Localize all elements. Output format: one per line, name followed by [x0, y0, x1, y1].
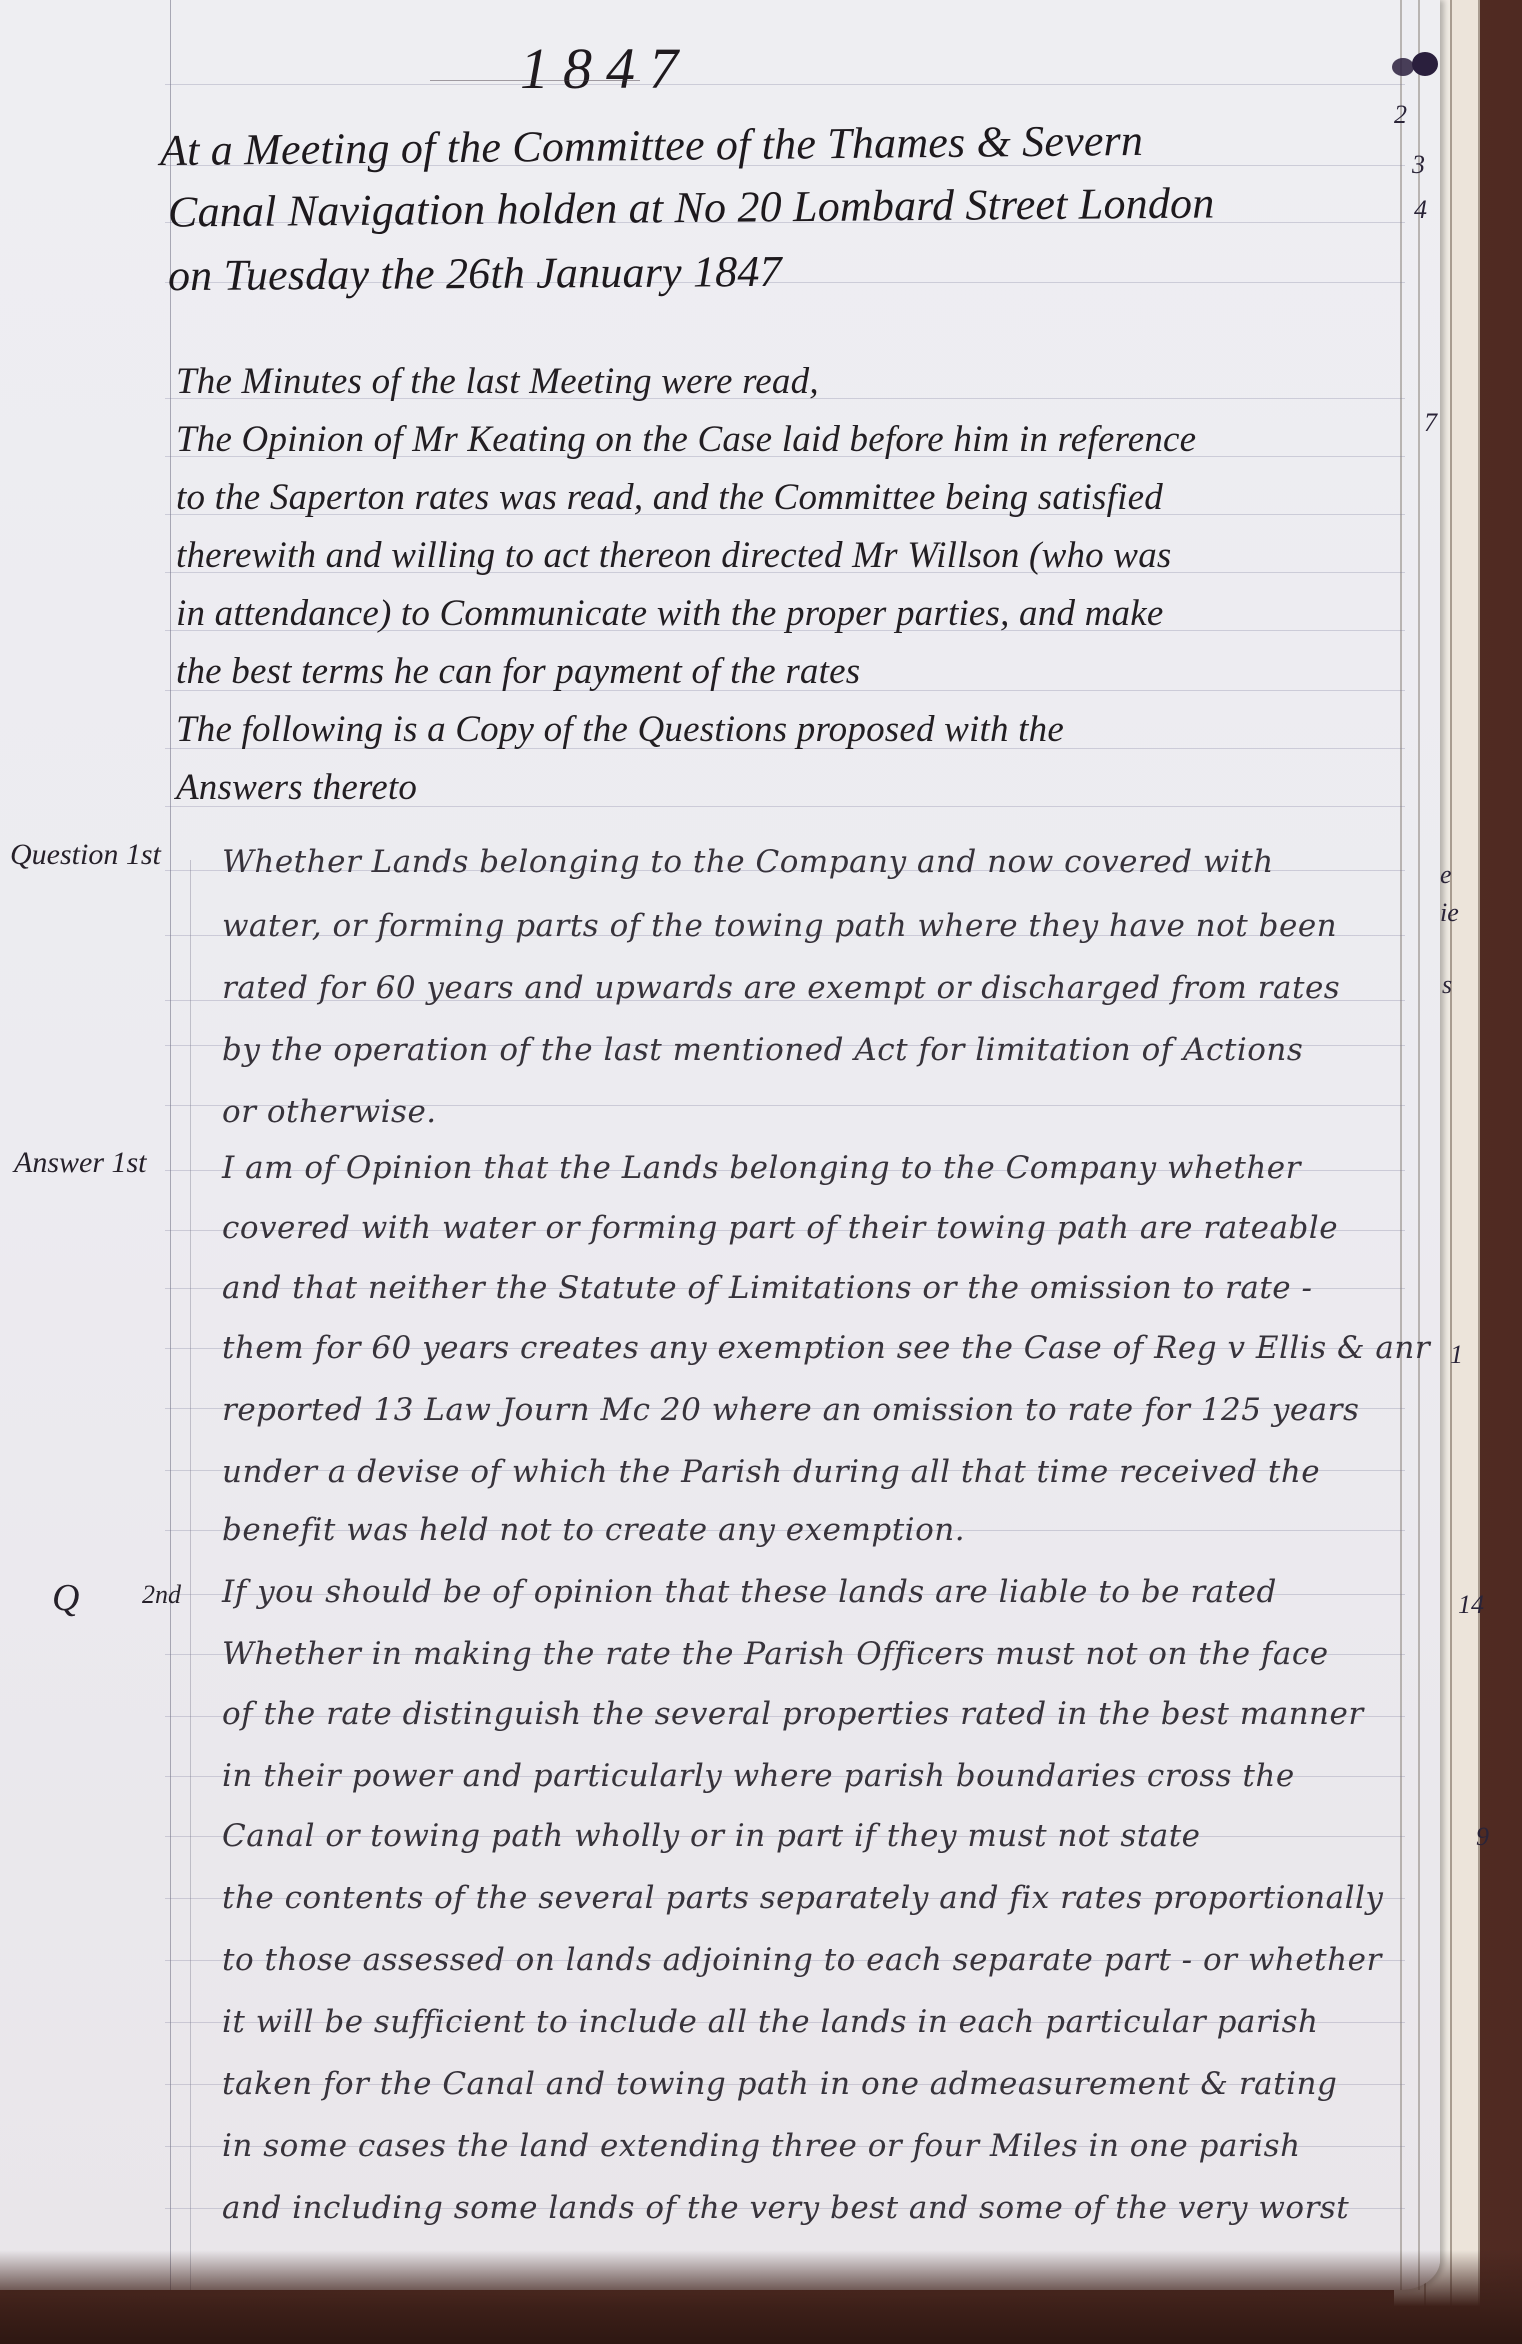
minutes-line: in attendance) to Communicate with the p…	[176, 592, 1163, 635]
answer-1-line: covered with water or forming part of th…	[222, 1210, 1338, 1246]
answer-1-line: under a devise of which the Parish durin…	[222, 1454, 1320, 1490]
question-2-line: If you should be of opinion that these l…	[222, 1574, 1277, 1610]
edge-mark: 1	[1450, 1340, 1463, 1370]
heading-line-1: At a Meeting of the Committee of the Tha…	[160, 115, 1144, 176]
minutes-line: The Minutes of the last Meeting were rea…	[176, 360, 819, 403]
year-underline	[430, 80, 640, 81]
question-1-line: by the operation of the last mentioned A…	[222, 1032, 1303, 1068]
question-1-label: Question 1st	[10, 838, 161, 872]
answer-1-line: reported 13 Law Journ Mc 20 where an omi…	[222, 1392, 1359, 1428]
answer-1-line: and that neither the Statute of Limitati…	[222, 1270, 1312, 1306]
question-2-line: in their power and particularly where pa…	[222, 1758, 1295, 1794]
edge-mark: e	[1440, 860, 1452, 890]
edge-mark: 4	[1414, 195, 1427, 225]
year-heading: 1847	[520, 35, 692, 102]
ink-blot	[1412, 52, 1438, 76]
margin-rule	[170, 0, 171, 2290]
heading-line-3: on Tuesday the 26th January 1847	[168, 246, 782, 301]
question-2-number: 2nd	[142, 1580, 181, 1610]
heading-line-2: Canal Navigation holden at No 20 Lombard…	[168, 177, 1215, 237]
question-2-line: and including some lands of the very bes…	[222, 2190, 1349, 2226]
question-1-line: rated for 60 years and upwards are exemp…	[222, 970, 1340, 1006]
minutes-line: the best terms he can for payment of the…	[176, 650, 860, 693]
minutes-line: therewith and willing to act thereon dir…	[176, 534, 1172, 577]
question-2-line: of the rate distinguish the several prop…	[222, 1696, 1364, 1732]
ink-blot	[1392, 58, 1414, 76]
question-2-line: the contents of the several parts separa…	[222, 1880, 1383, 1916]
right-rule	[1400, 0, 1402, 2290]
edge-mark: 14	[1458, 1590, 1484, 1620]
page-bottom-shadow	[0, 2250, 1522, 2344]
answer-1-line: benefit was held not to create any exemp…	[222, 1512, 965, 1548]
indent-rule	[190, 860, 191, 2290]
right-rule	[1418, 0, 1420, 2290]
minutes-line: Answers thereto	[176, 766, 417, 809]
minutes-line: to the Saperton rates was read, and the …	[176, 476, 1163, 519]
question-2-line: taken for the Canal and towing path in o…	[222, 2066, 1337, 2102]
edge-mark: 3	[1412, 150, 1425, 180]
question-1-line: water, or forming parts of the towing pa…	[222, 908, 1337, 944]
question-2-line: it will be sufficient to include all the…	[222, 2004, 1319, 2040]
question-1-line: or otherwise.	[222, 1094, 437, 1130]
minutes-line: The following is a Copy of the Questions…	[176, 708, 1064, 751]
edge-mark: 2	[1394, 100, 1407, 130]
question-1-line: Whether Lands belonging to the Company a…	[222, 844, 1274, 880]
answer-1-line: them for 60 years creates any exemption …	[222, 1330, 1430, 1366]
edge-mark: s	[1442, 970, 1452, 1000]
question-2-line: Whether in making the rate the Parish Of…	[222, 1636, 1329, 1672]
ledger-page: 1847 At a Meeting of the Committee of th…	[0, 0, 1440, 2290]
edge-mark: 7	[1424, 408, 1437, 438]
question-2-line: in some cases the land extending three o…	[222, 2128, 1301, 2164]
edge-mark: ie	[1440, 898, 1459, 928]
edge-mark: 9	[1476, 1822, 1489, 1852]
minutes-line: The Opinion of Mr Keating on the Case la…	[176, 418, 1196, 461]
question-2-label: Q	[52, 1576, 79, 1620]
answer-1-line: I am of Opinion that the Lands belonging…	[222, 1150, 1301, 1186]
question-2-line: to those assessed on lands adjoining to …	[222, 1942, 1382, 1978]
answer-1-label: Answer 1st	[14, 1146, 147, 1180]
question-2-line: Canal or towing path wholly or in part i…	[222, 1818, 1201, 1854]
